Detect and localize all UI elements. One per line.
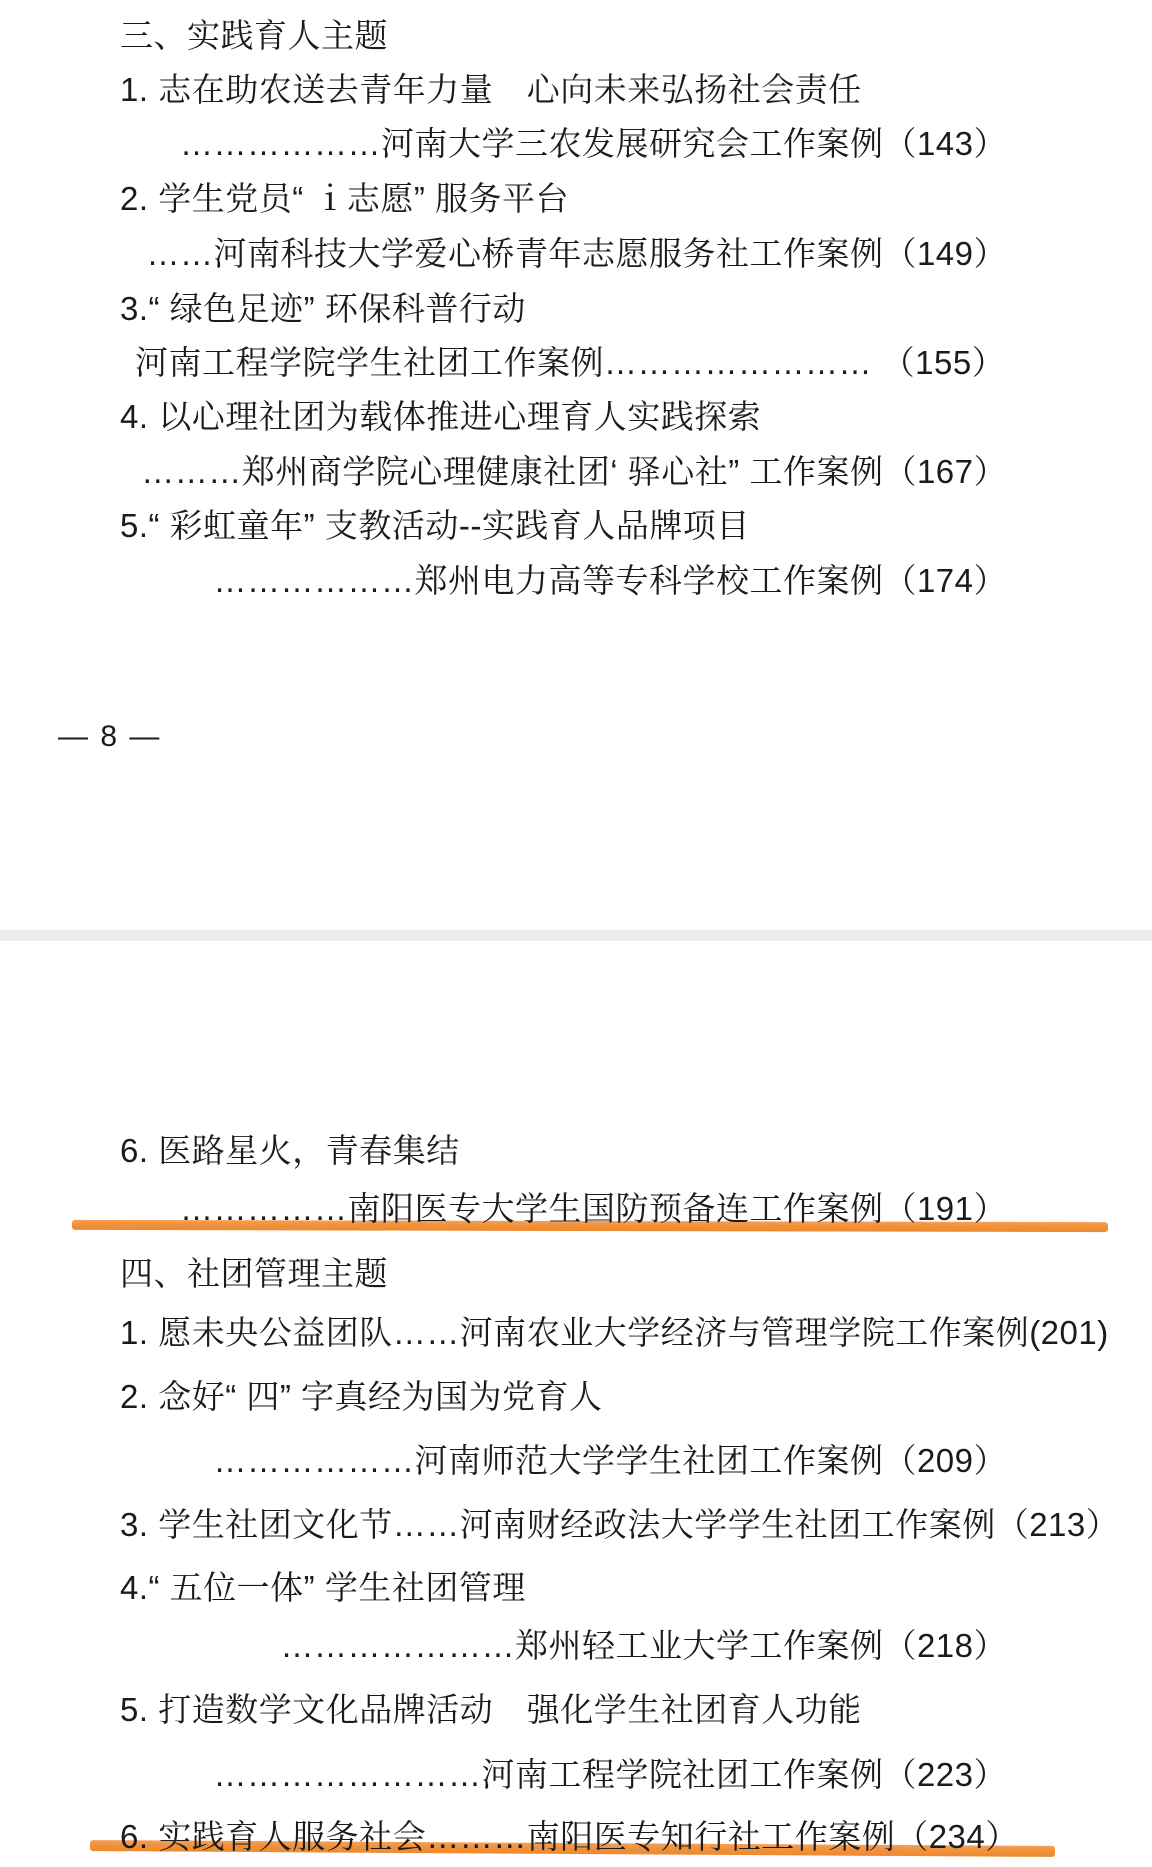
toc-leader-line: ……河南科技大学爱心桥青年志愿服务社工作案例（149） [146, 236, 1007, 272]
toc-item: 3.“ 绿色足迹” 环保科普行动 [120, 291, 526, 327]
toc-item: 1. 愿未央公益团队……河南农业大学经济与管理学院工作案例(201) [120, 1315, 1109, 1351]
toc-leader-line: ………………河南师范大学学生社团工作案例（209） [213, 1443, 1007, 1479]
toc-item: 3. 学生社团文化节……河南财经政法大学学生社团工作案例（213） [120, 1507, 1119, 1543]
toc-leader-line: ………………郑州电力高等专科学校工作案例（174） [213, 563, 1007, 599]
toc-item: 5.“ 彩虹童年” 支教活动--实践育人品牌项目 [120, 508, 750, 544]
toc-item: 6. 医路星火，青春集结 [120, 1133, 460, 1169]
toc-leader-line: ……………南阳医专大学生国防预备连工作案例（191） [180, 1191, 1007, 1227]
toc-source-line: 河南工程学院学生社团工作案例…………………… （155） [135, 345, 1005, 381]
page-footer-number: — 8 — [58, 720, 161, 754]
toc-leader-line: ……………………河南工程学院社团工作案例（223） [213, 1757, 1007, 1793]
toc-item: 1. 志在助农送去青年力量 心向未来弘扬社会责任 [120, 72, 862, 108]
toc-item: 2. 念好“ 四” 字真经为国为党育人 [120, 1379, 603, 1415]
toc-item: 4.“ 五位一体” 学生社团管理 [120, 1570, 526, 1606]
toc-section-heading: 四、社团管理主题 [120, 1256, 388, 1292]
toc-leader-line: ………………河南大学三农发展研究会工作案例（143） [180, 126, 1007, 162]
document-page: 三、实践育人主题 1. 志在助农送去青年力量 心向未来弘扬社会责任 ………………… [0, 0, 1152, 1867]
toc-item: 6. 实践育人服务社会………南阳医专知行社工作案例（234） [120, 1819, 1019, 1855]
toc-item: 5. 打造数学文化品牌活动 强化学生社团育人功能 [120, 1692, 862, 1728]
toc-item: 4. 以心理社团为载体推进心理育人实践探索 [120, 399, 761, 435]
toc-leader-line: …………………郑州轻工业大学工作案例（218） [280, 1628, 1007, 1664]
toc-section-heading: 三、实践育人主题 [120, 18, 388, 54]
page-break-divider [0, 930, 1152, 941]
toc-leader-line: ………郑州商学院心理健康社团‘ 驿心社” 工作案例（167） [141, 454, 1007, 490]
toc-item: 2. 学生党员“ ｉ志愿” 服务平台 [120, 181, 569, 217]
